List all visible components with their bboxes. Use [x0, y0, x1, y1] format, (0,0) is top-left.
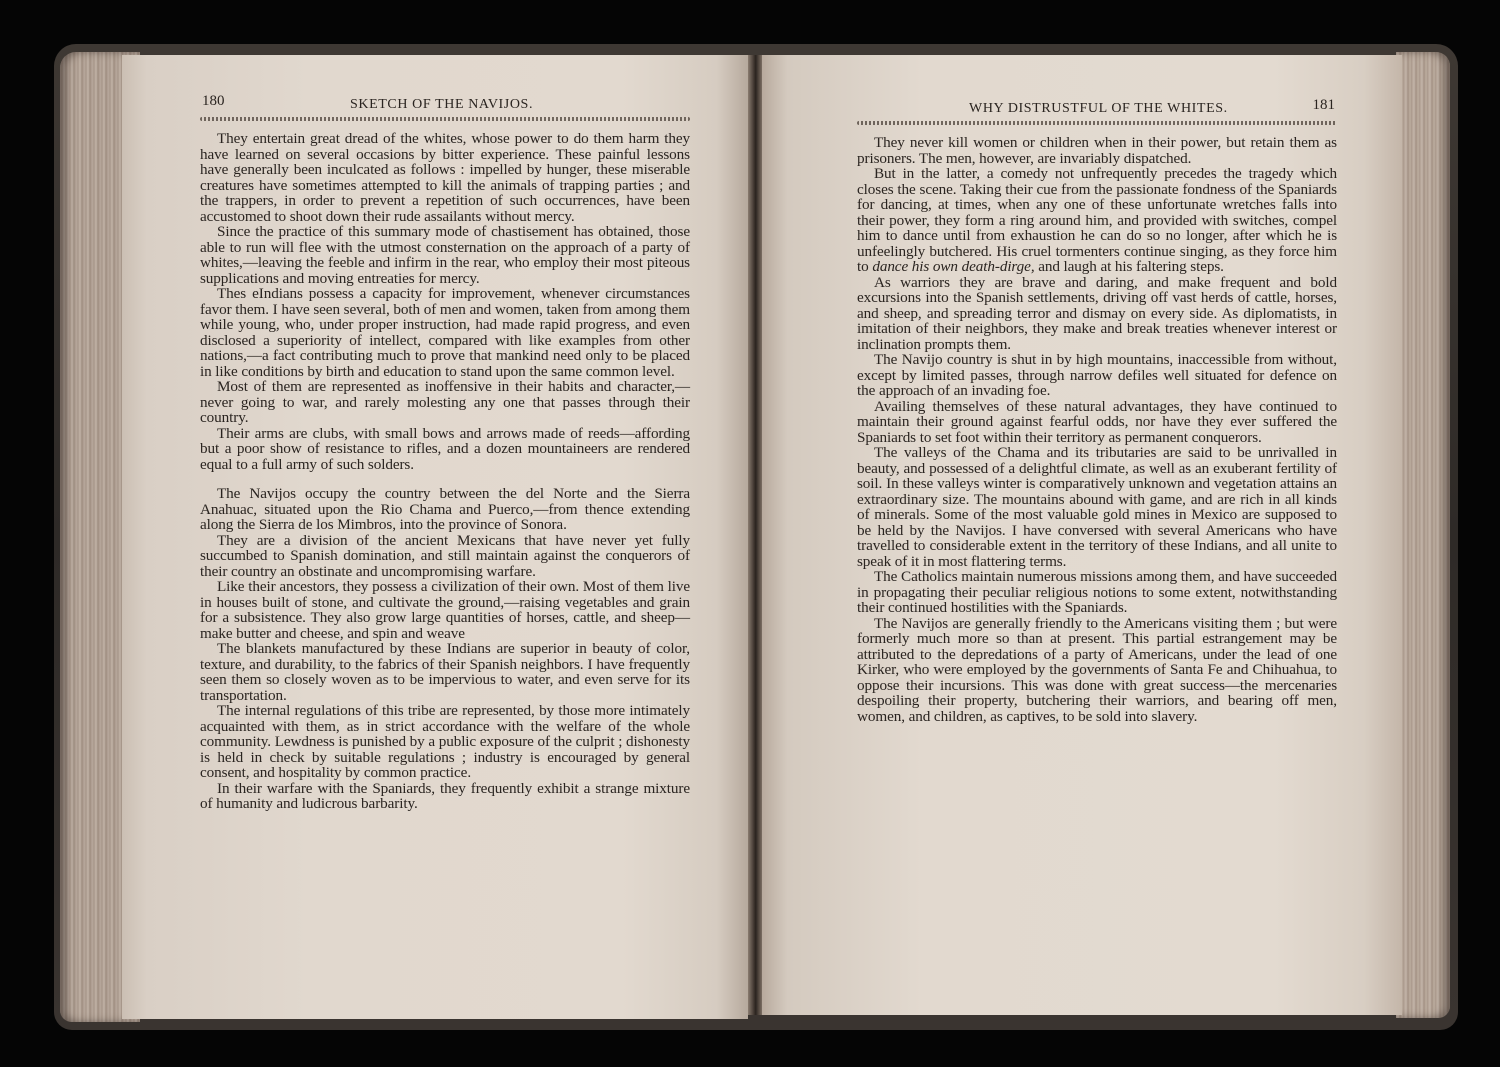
paragraph: Availing themselves of these natural adv… [857, 399, 1337, 446]
page-edges-right [1396, 52, 1450, 1018]
paragraph: They are a division of the ancient Mexic… [200, 533, 690, 580]
paragraph: They entertain great dread of the whites… [200, 131, 690, 224]
paragraph: The valleys of the Chama and its tributa… [857, 445, 1337, 569]
paragraph: The Navijos are generally friendly to th… [857, 616, 1337, 725]
paragraph: Their arms are clubs, with small bows an… [200, 426, 690, 473]
paragraph-text: and laugh at his faltering steps. [1035, 258, 1224, 275]
running-head-title: WHY DISTRUSTFUL OF THE WHITES. [969, 101, 1228, 117]
paragraph: The blankets manufactured by these India… [200, 641, 690, 703]
left-page-text: 180 SKETCH OF THE NAVIJOS. They entertai… [200, 94, 690, 812]
paragraph: The Navijos occupy the country between t… [200, 486, 690, 533]
paragraph: But in the latter, a comedy not unfreque… [857, 166, 1337, 275]
paragraph: The internal regulations of this tribe a… [200, 703, 690, 781]
italic-phrase: dance his own death-dirge, [872, 258, 1034, 275]
page-number: 180 [202, 94, 225, 110]
wavy-rule [200, 117, 690, 121]
paragraph: As warriors they are brave and daring, a… [857, 275, 1337, 353]
paragraph: Since the practice of this summary mode … [200, 224, 690, 286]
paragraph: In their warfare with the Spaniards, the… [200, 781, 690, 812]
wavy-rule [857, 121, 1337, 125]
paragraph: Like their ancestors, they possess a civ… [200, 579, 690, 641]
page-number: 181 [1313, 98, 1336, 114]
paragraph: Thes eIndians possess a capacity for imp… [200, 286, 690, 379]
right-running-head: WHY DISTRUSTFUL OF THE WHITES. 181 [857, 98, 1337, 118]
paragraph: The Navijo country is shut in by high mo… [857, 352, 1337, 399]
right-page-text: WHY DISTRUSTFUL OF THE WHITES. 181 They … [857, 98, 1337, 724]
running-head-title: SKETCH OF THE NAVIJOS. [350, 97, 533, 113]
paragraph: The Catholics maintain numerous missions… [857, 569, 1337, 616]
paragraph: Most of them are represented as inoffens… [200, 379, 690, 426]
book-gutter [748, 55, 762, 1015]
paragraph: They never kill women or children when i… [857, 135, 1337, 166]
left-running-head: 180 SKETCH OF THE NAVIJOS. [200, 94, 690, 114]
